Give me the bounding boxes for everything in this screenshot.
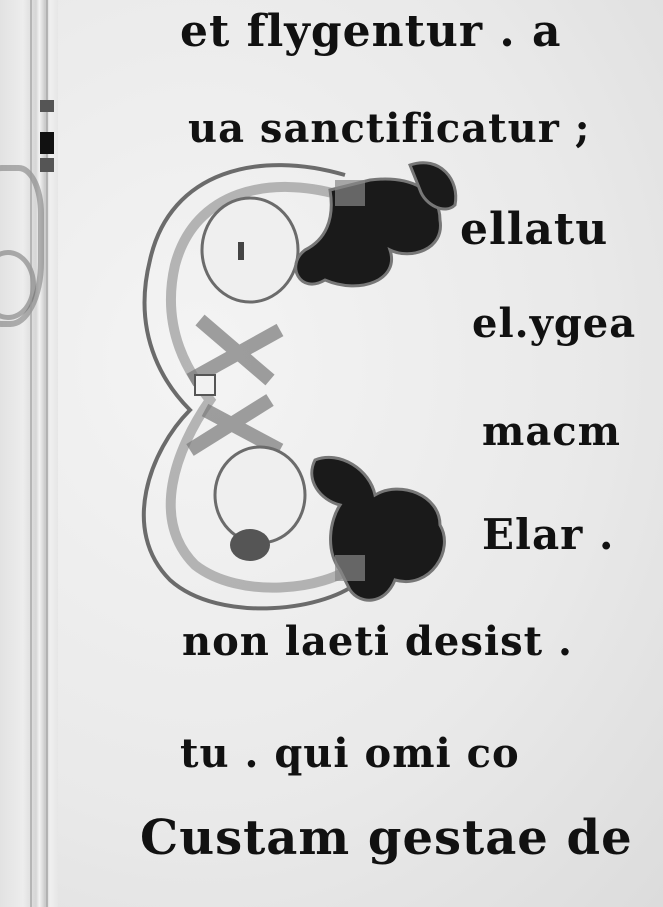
manuscript-line-4: el.ygea bbox=[472, 300, 636, 347]
manuscript-line-8: tu . qui omi co bbox=[180, 730, 520, 777]
page-gutter bbox=[0, 0, 58, 907]
manuscript-line-2: ua sanctificatur ; bbox=[188, 105, 590, 152]
binding-thread bbox=[40, 158, 54, 172]
manuscript-line-7: non laeti desist . bbox=[182, 618, 573, 665]
binding-thread bbox=[40, 100, 54, 112]
manuscript-line-3: ellatu bbox=[460, 204, 608, 255]
binding-thread bbox=[40, 132, 54, 154]
manuscript-line-5: macm bbox=[482, 408, 621, 455]
manuscript-line-6: Elar . bbox=[482, 510, 615, 559]
fold-line bbox=[30, 0, 32, 907]
decorated-initial-e bbox=[110, 150, 480, 620]
manuscript-line-9: Custam gestae de bbox=[140, 810, 633, 866]
manuscript-line-1: et flygentur . a bbox=[180, 6, 562, 57]
manuscript-page: et flygentur . a ua sanctificatur ; ella… bbox=[0, 0, 663, 907]
